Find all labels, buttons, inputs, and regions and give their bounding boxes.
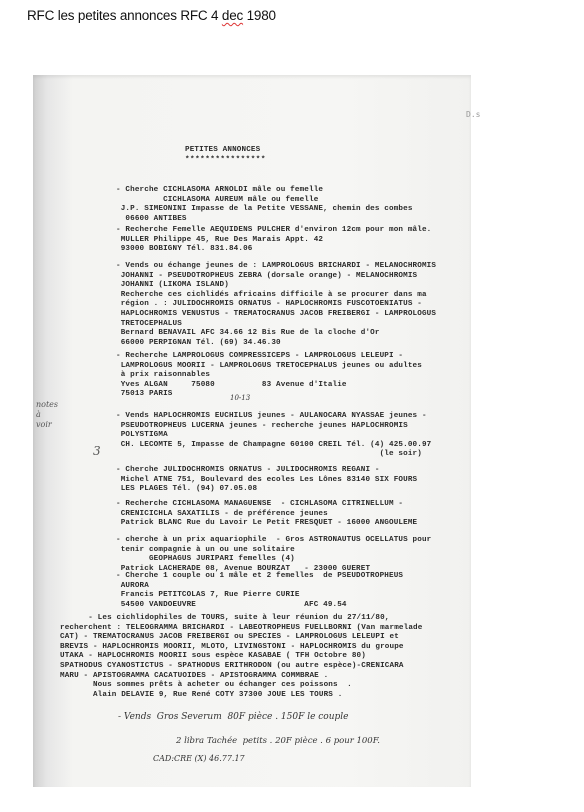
caption-suffix: 1980 xyxy=(243,8,276,23)
ad-line: - Cherche JULIDOCHROMIS ORNATUS - JULIDO… xyxy=(116,466,417,476)
ad-line: CRENICICHLA SAXATILIS - de préférence je… xyxy=(116,510,417,520)
ad-line: - cherche à un prix aquariophile - Gros … xyxy=(116,536,431,546)
ad-line: 93000 BOBIGNY Tél. 831.84.06 xyxy=(116,245,431,255)
ad-line: (le soir) xyxy=(116,450,431,460)
ad-line: Patrick BLANC Rue du Lavoir Le Petit FRE… xyxy=(116,519,417,529)
ad-entry: - Recherche CICHLASOMA MANAGUENSE - CICH… xyxy=(116,500,417,529)
margin-note: notes à voir xyxy=(36,400,58,430)
ad-line: région . : JULIDOCHROMIS ORNATUS - HAPLO… xyxy=(116,300,436,310)
ad-line: Francis PETITCOLAS 7, Rue Pierre CURIE xyxy=(116,591,403,601)
handwritten-line-2: 2 libra Tachée petits . 20F pièce . 6 po… xyxy=(176,736,380,746)
document-caption: RFC les petites annonces RFC 4 dec 1980 xyxy=(27,8,276,23)
ad-entry: - Cherche JULIDOCHROMIS ORNATUS - JULIDO… xyxy=(116,466,417,495)
ad-entry: - Vends ou échange jeunes de : LAMPROLOG… xyxy=(116,262,436,348)
ad-line: 66000 PERPIGNAN Tél. (69) 34.46.30 xyxy=(116,339,436,349)
ad-line: Michel ATNE 751, Boulevard des ecoles Le… xyxy=(116,476,417,486)
ad-line: Recherche ces cichlidés africains diffic… xyxy=(116,291,436,301)
ad-line: CAT) - TREMATOCRANUS JACOB FREIBERGI ou … xyxy=(60,633,422,643)
ad-line: JOHANNI (LIKOMA ISLAND) xyxy=(116,281,436,291)
ad-line: à prix raisonnables xyxy=(116,371,422,381)
ad-line: Yves ALGAN 75080 83 Avenue d'Italie xyxy=(116,381,422,391)
page-title: PETITES ANNONCES xyxy=(185,146,260,156)
ad-line: J.P. SIMEONINI Impasse de la Petite VESS… xyxy=(116,205,413,215)
ad-entry: - Cherche 1 couple ou 1 mâle et 2 femell… xyxy=(116,572,403,610)
ad-line: TRETOCEPHALUS xyxy=(116,320,436,330)
ad-line: CICHLASOMA AUREUM mâle ou femelle xyxy=(116,196,413,206)
ad-line: - Les cichlidophiles de TOURS, suite à l… xyxy=(60,614,422,624)
ad-line: - Cherche 1 couple ou 1 mâle et 2 femell… xyxy=(116,572,403,582)
ad-line: AURORA xyxy=(116,582,403,592)
ad-line: LES PLAGES Tél. (94) 07.05.08 xyxy=(116,485,417,495)
ad-line: LAMPROLOGUS MOORII - LAMPROLOGUS TRETOCE… xyxy=(116,362,422,372)
ad-entry: - Les cichlidophiles de TOURS, suite à l… xyxy=(60,614,422,700)
ad-entry: - cherche à un prix aquariophile - Gros … xyxy=(116,536,431,574)
ad-line: CH. LECOMTE 5, Impasse de Champagne 6010… xyxy=(116,441,431,451)
ad-line: MULLER Philippe 45, Rue Des Marais Appt.… xyxy=(116,236,431,246)
ad-line: - Recherche LAMPROLOGUS COMPRESSICEPS - … xyxy=(116,352,422,362)
ad-line: - Recherche Femelle AEQUIDENS PULCHER d'… xyxy=(116,226,431,236)
page-mark: D.s xyxy=(466,110,480,119)
ad-entry: - Recherche LAMPROLOGUS COMPRESSICEPS - … xyxy=(116,352,422,400)
handwritten-line-3: CAD:CRE (X) 46.77.17 xyxy=(153,754,245,763)
ad-line: - Vends ou échange jeunes de : LAMPROLOG… xyxy=(116,262,436,272)
ad-entry: - Vends HAPLOCHROMIS EUCHILUS jeunes - A… xyxy=(116,412,431,460)
caption-spellcheck-word: dec xyxy=(222,8,243,23)
ad-line: 54500 VANDOEUVRE AFC 49.54 xyxy=(116,601,403,611)
ad-line: PSEUDOTROPHEUS LUCERNA jeunes - recherch… xyxy=(116,422,431,432)
ad-line: - Cherche CICHLASOMA ARNOLDI mâle ou fem… xyxy=(116,186,413,196)
ad-line: JOHANNI - PSEUDOTROPHEUS ZEBRA (dorsale … xyxy=(116,272,436,282)
ad-line: 06600 ANTIBES xyxy=(116,215,413,225)
ad-line: recherchent : TELEOGRAMMA BRICHARDI - LA… xyxy=(60,624,422,634)
ad-entry: - Cherche CICHLASOMA ARNOLDI mâle ou fem… xyxy=(116,186,413,224)
ad-line: GEOPHAGUS JURIPARI femelles (4) xyxy=(116,555,431,565)
ad-line: - Vends HAPLOCHROMIS EUCHILUS jeunes - A… xyxy=(116,412,431,422)
ad-line: 75013 PARIS xyxy=(116,390,422,400)
caption-prefix: RFC les petites annonces RFC 4 xyxy=(27,8,222,23)
ad-line: tenir compagnie à un ou une solitaire xyxy=(116,546,431,556)
ad-line: Bernard BENAVAIL AFC 34.66 12 Bis Rue de… xyxy=(116,329,436,339)
ad-line: Nous sommes prêts à acheter ou échanger … xyxy=(60,681,422,691)
ad-entry: - Recherche Femelle AEQUIDENS PULCHER d'… xyxy=(116,226,431,255)
ad-line: UTAKA - HAPLOCHROMIS MOORII sous espèce … xyxy=(60,652,422,662)
handwritten-line-1: - Vends Gros Severum 80F pièce . 150F le… xyxy=(118,712,349,722)
ad-line: SPATHODUS CYANOSTICTUS - SPATHODUS ERITH… xyxy=(60,662,422,672)
title-underline: **************** xyxy=(185,156,266,166)
ad-line: POLYSTIGMA xyxy=(116,431,431,441)
ad-line: Alain DELAVIE 9, Rue René COTY 37300 JOU… xyxy=(60,691,422,701)
margin-marker: 3 xyxy=(93,446,101,456)
handwritten-annotation: 10-13 xyxy=(230,394,250,402)
ad-line: BREVIS - HAPLOCHROMIS MOORII, MLOTO, LIV… xyxy=(60,643,422,653)
ad-line: MARU - APISTOGRAMMA CACATUOIDES - APISTO… xyxy=(60,672,422,682)
ad-line: - Recherche CICHLASOMA MANAGUENSE - CICH… xyxy=(116,500,417,510)
ad-line: HAPLOCHROMIS VENUSTUS - TREMATOCRANUS JA… xyxy=(116,310,436,320)
